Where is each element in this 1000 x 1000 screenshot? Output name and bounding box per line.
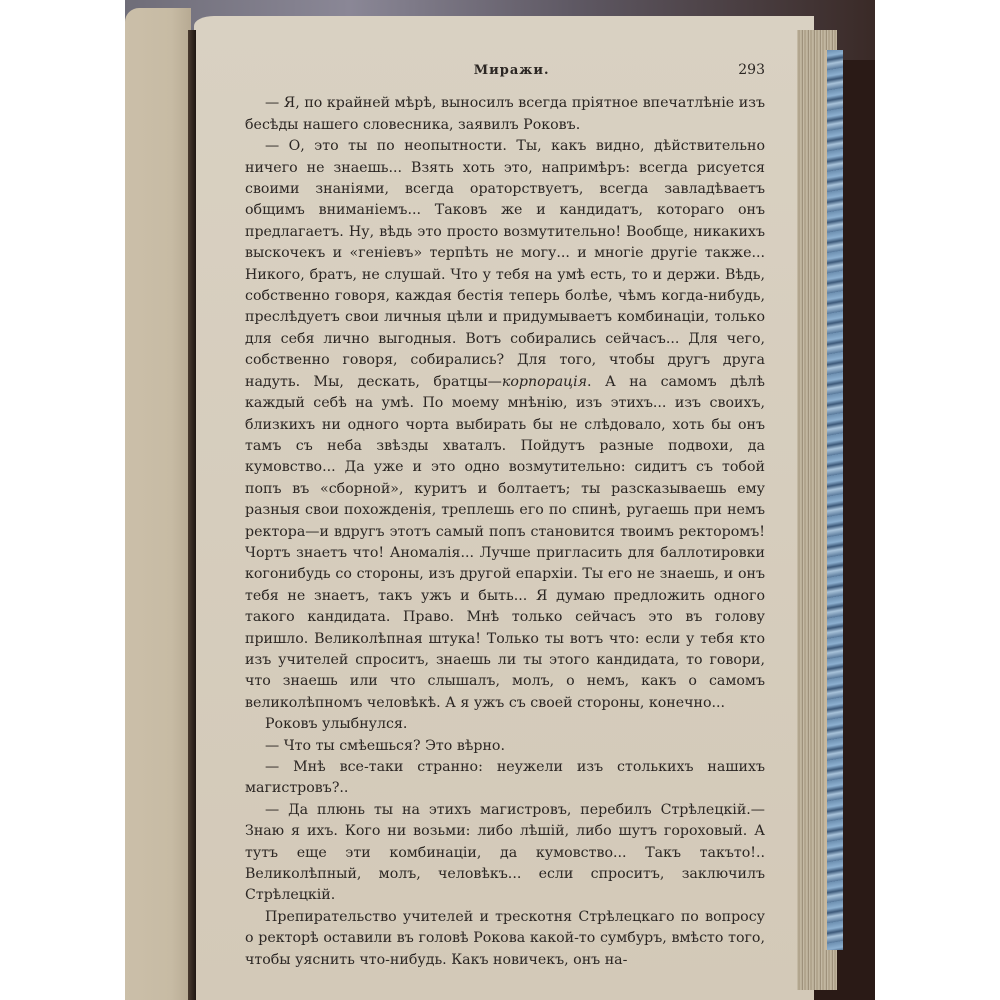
paragraph: — Да плюнь ты на этихъ магистровъ, переб… [245,800,765,907]
paragraph-text: . А на самомъ дѣлѣ каждый себѣ на умѣ. П… [245,374,765,711]
italic-word: корпорація [502,374,587,390]
book-gutter [188,30,196,1000]
paragraph: — Что ты смѣешься? Это вѣрно. [245,736,765,757]
marbled-spine [825,50,843,950]
paragraph: — Я, по крайней мѣрѣ, выносилъ всегда пр… [245,93,765,136]
paragraph: — О, это ты по неопытности. Ты, какъ вид… [245,136,765,714]
running-title: Миражи. [245,60,738,81]
page-text: Миражи. 293 — Я, по крайней мѣрѣ, выноси… [245,60,765,971]
paragraph: Препирательство учителей и трескотня Стр… [245,907,765,971]
book-photo: Миражи. 293 — Я, по крайней мѣрѣ, выноси… [125,0,875,1000]
page-number: 293 [738,60,765,81]
page-header: Миражи. 293 [245,60,765,81]
paragraph: Роковъ улыбнулся. [245,714,765,735]
paragraph: — Мнѣ все-таки странно: неужели изъ стол… [245,757,765,800]
paragraph-text: — О, это ты по неопытности. Ты, какъ вид… [245,138,765,389]
left-page [125,8,191,1000]
